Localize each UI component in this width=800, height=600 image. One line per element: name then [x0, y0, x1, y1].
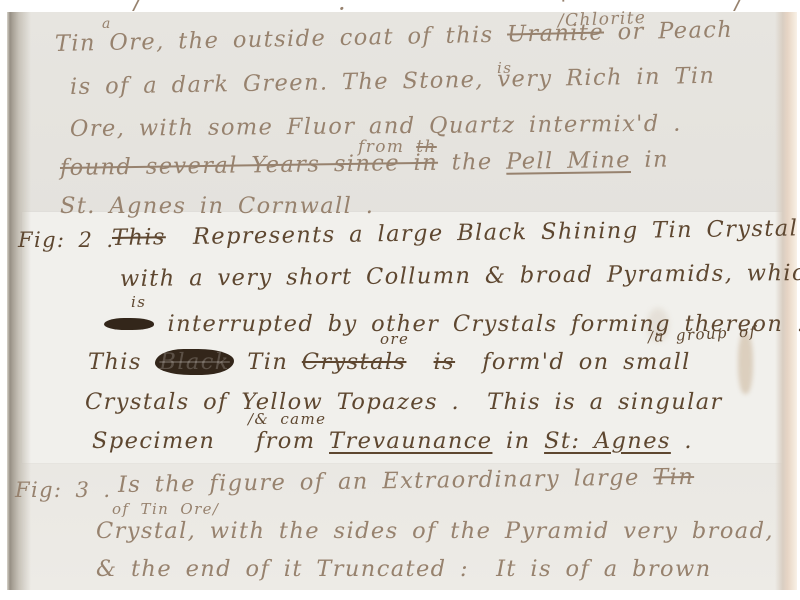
manuscript-line: Specimen from Trevaunance in St: Agnes .	[92, 429, 693, 455]
text-run: .	[671, 428, 693, 454]
text-run: Tin	[234, 349, 302, 375]
struck-text: This	[112, 224, 166, 251]
text-run: of Tin Ore∕	[112, 500, 219, 518]
fig2-label: Fig: 2 .	[18, 228, 114, 252]
text-run: Tin Ore, the outside coat of this	[55, 22, 508, 57]
cropped-line-fragment: ·	[338, 0, 347, 24]
text-run: ' /	[112, 0, 144, 15]
manuscript-line: found several Years since in the Pell Mi…	[60, 147, 669, 181]
insertion-came: ∕& came	[248, 411, 326, 428]
cropped-line-fragment: ' /	[112, 0, 144, 16]
text-run: Specimen from	[92, 428, 329, 454]
underlined-text: Trevaunance	[329, 428, 492, 454]
insertion-ore: ore	[380, 331, 409, 348]
insertion-is: is	[131, 294, 146, 311]
text-run: the	[438, 149, 507, 176]
manuscript-line: Is the figure of an Extraordinary large …	[118, 465, 695, 499]
manuscript-line: & the end of it Truncated : It is of a b…	[96, 557, 712, 583]
text-run: ∕& came	[248, 410, 326, 428]
text-run: Crystals of Yellow Topazes . This is a s…	[85, 389, 723, 415]
manuscript-line: This Represents a large Black Shining Ti…	[112, 216, 799, 251]
text-run: This	[88, 349, 155, 375]
struck-text: Uranite	[507, 20, 605, 48]
underlined-text: St: Agnes	[544, 428, 671, 454]
text-run: form'd on small	[455, 349, 691, 375]
blotted-text: Black	[155, 349, 233, 375]
manuscript-line: Tin Ore, the outside coat of this Uranit…	[55, 18, 734, 58]
ink-blot	[104, 318, 154, 330]
text-run: /	[735, 0, 745, 15]
cropped-line-fragment: /	[735, 0, 745, 16]
insertion-group: ∕a group of	[648, 323, 757, 346]
text-run: or Peach	[604, 17, 734, 46]
text-run: St. Agnes in Cornwall .	[60, 193, 374, 219]
manuscript-line: This Black Tin Crystals is form'd on sma…	[88, 350, 691, 376]
text-run: Crystal, with the sides of the Pyramid v…	[96, 518, 774, 544]
text-run: ·	[338, 0, 347, 23]
text-run: is of a dark Green. The Stone, very Rich…	[70, 63, 716, 100]
text-run: Fig: 2 .	[18, 228, 114, 252]
text-run: is	[497, 59, 512, 77]
manuscript-line: Crystals of Yellow Topazes . This is a s…	[85, 390, 723, 416]
manuscript-line: with a very short Collumn & broad Pyrami…	[120, 261, 800, 293]
struck-text: is	[434, 349, 456, 375]
text-run: in	[492, 428, 544, 454]
underlined-text: Pell Mine	[506, 147, 631, 175]
text-run: Represents a large Black Shining Tin Cry…	[166, 215, 799, 250]
text-run: & the end of it Truncated : It is of a b…	[96, 556, 712, 582]
manuscript-line: St. Agnes in Cornwall .	[60, 194, 374, 220]
manuscript-line: is of a dark Green. The Stone, very Rich…	[70, 64, 716, 101]
insertion-of-tin-ore: of Tin Ore∕	[112, 501, 219, 518]
text-run: Fig: 3 .	[15, 478, 111, 502]
text-layer: ' /·'/a∕ChloriteTin Ore, the outside coa…	[0, 0, 800, 600]
struck-text: Tin	[653, 464, 694, 491]
text-run: with a very short Collumn & broad Pyrami…	[120, 260, 800, 292]
manuscript-line: Crystal, with the sides of the Pyramid v…	[96, 519, 774, 545]
text-run: Is the figure of an Extraordinary large	[118, 465, 654, 498]
text-run: is	[131, 293, 146, 311]
fig3-label: Fig: 3 .	[15, 478, 111, 502]
struck-text: Crystals	[302, 349, 407, 375]
struck-text: found several Years since in	[60, 150, 438, 181]
text-run: ore	[380, 330, 409, 348]
text-run	[406, 349, 433, 375]
text-run: in	[631, 146, 669, 173]
insertion-is: is	[497, 60, 512, 77]
